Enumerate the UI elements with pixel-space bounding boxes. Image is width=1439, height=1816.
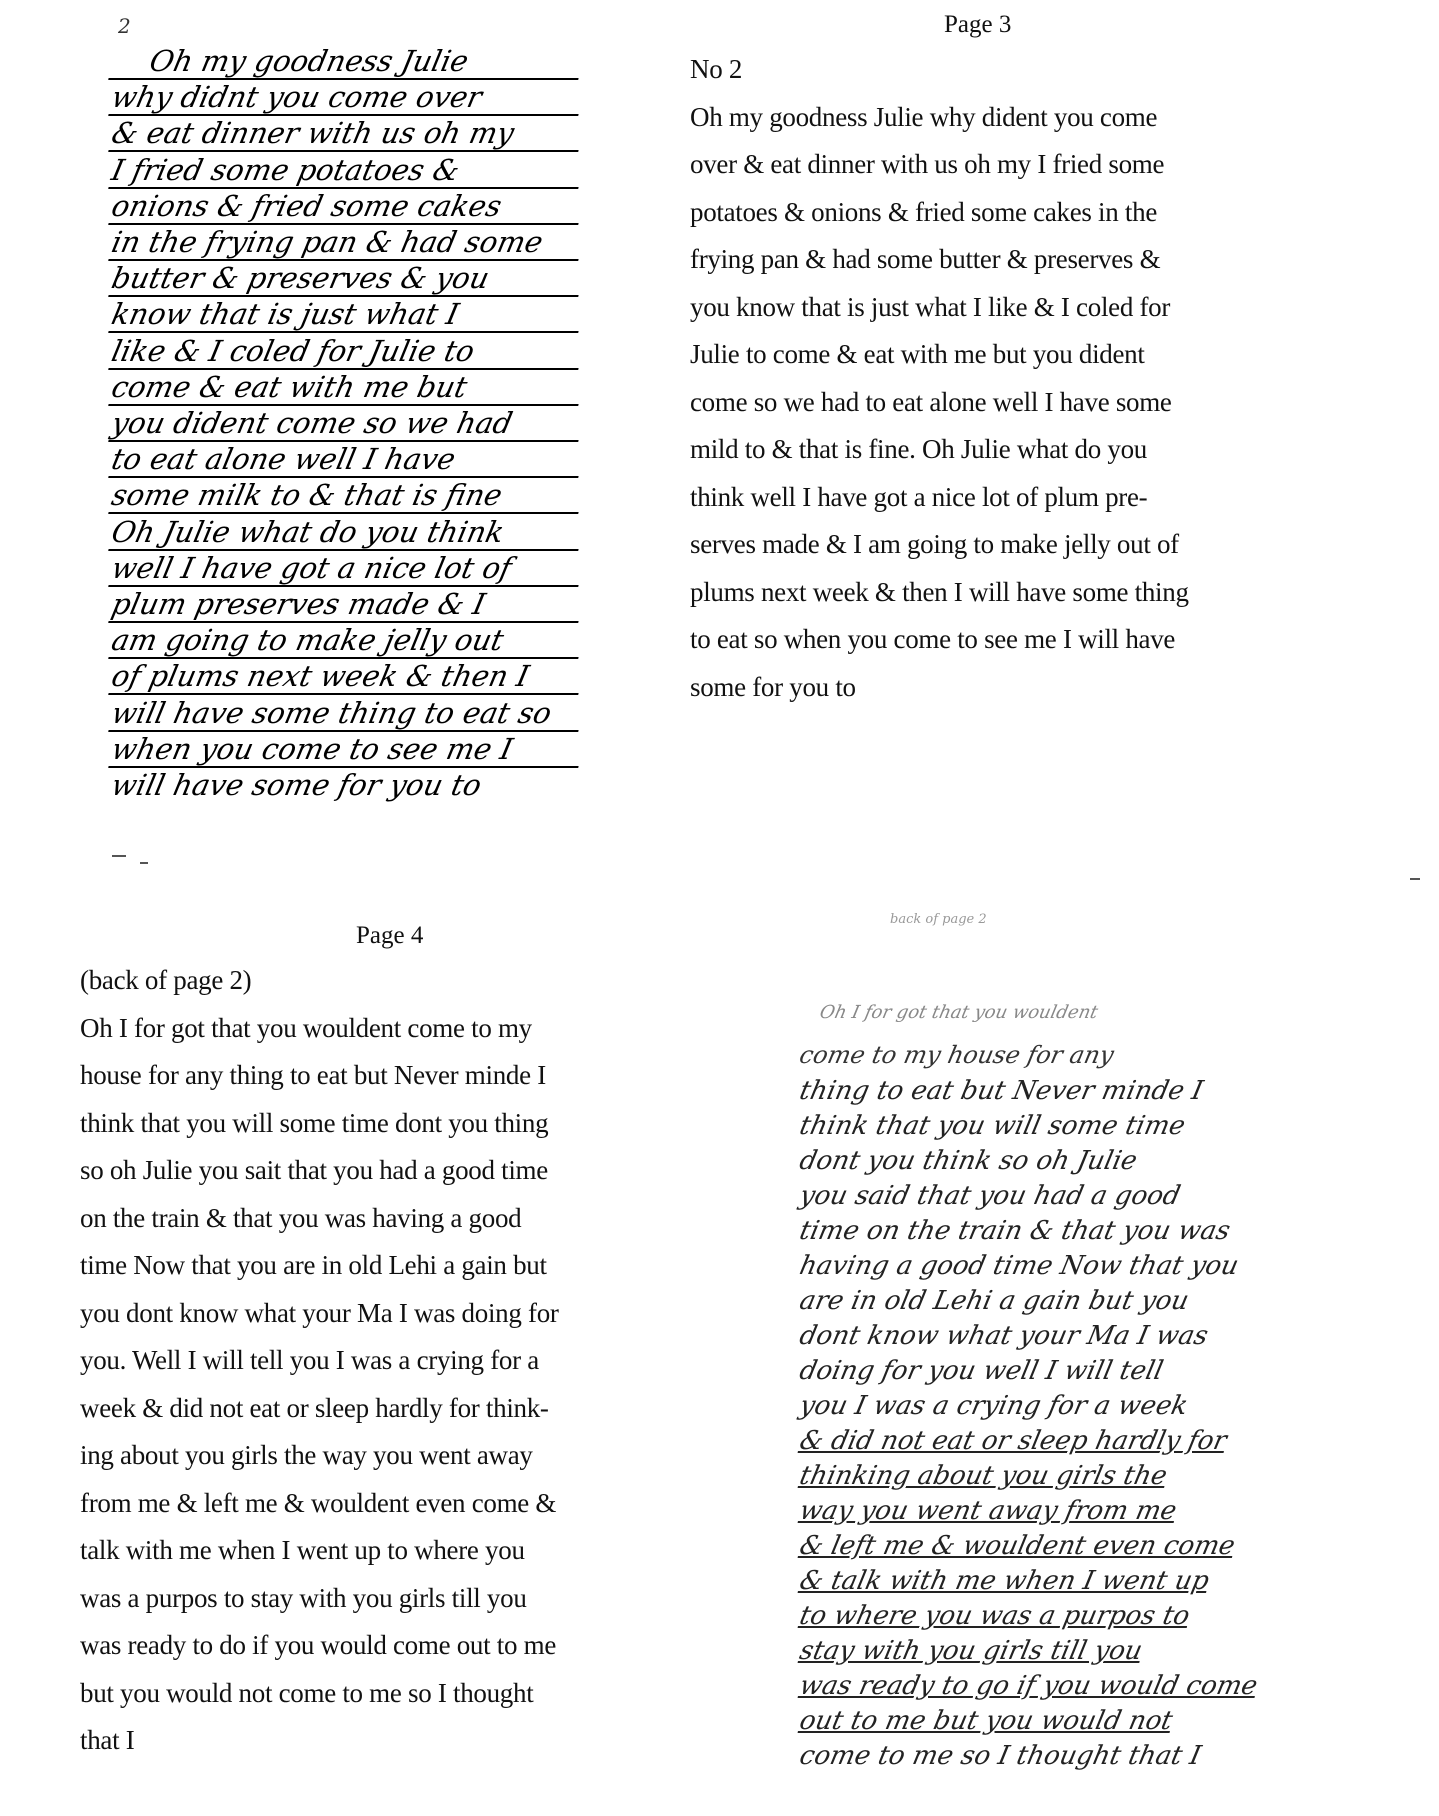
transcription-line: mild to & that is fine. Oh Julie what do… xyxy=(690,426,1189,474)
handwritten-line: & eat dinner with us oh my xyxy=(108,116,586,152)
transcription-line: you dont know what your Ma I was doing f… xyxy=(80,1290,559,1338)
handwritten-line: come & eat with me but xyxy=(108,370,586,406)
handwritten-line: time on the train & that you was xyxy=(796,1214,1303,1249)
handwritten-line: when you come to see me I xyxy=(108,732,586,768)
page-4-transcription: (back of page 2) Oh I for got that you w… xyxy=(80,957,559,1765)
transcription-line: over & eat dinner with us oh my I fried … xyxy=(690,141,1189,189)
handwritten-line: some milk to & that is fine xyxy=(108,478,586,514)
page-4-title: Page 4 xyxy=(356,922,423,950)
handwritten-page-number: 2 xyxy=(118,14,131,38)
handwritten-line: come to my house for any xyxy=(796,1036,1304,1074)
handwritten-line: out to me but you would not xyxy=(796,1704,1303,1739)
handwritten-line: butter & preserves & you xyxy=(108,261,586,297)
handwritten-letter-page2: Oh my goodness Julie why didnt you come … xyxy=(112,44,582,802)
handwritten-line: onions & fried some cakes xyxy=(108,189,586,225)
transcription-line: Oh I for got that you wouldent come to m… xyxy=(80,1005,559,1053)
transcription-line: week & did not eat or sleep hardly for t… xyxy=(80,1385,559,1433)
transcription-line: ing about you girls the way you went awa… xyxy=(80,1432,559,1480)
handwritten-line: in the frying pan & had some xyxy=(108,225,586,261)
handwritten-line: thinking about you girls the xyxy=(796,1459,1303,1494)
scan-speck xyxy=(1410,878,1420,880)
handwritten-line: thing to eat but Never minde I xyxy=(796,1074,1303,1109)
transcription-line: serves made & I am going to make jelly o… xyxy=(690,521,1189,569)
transcription-line: (back of page 2) xyxy=(80,957,559,1005)
handwritten-line: you I was a crying for a week xyxy=(796,1389,1303,1424)
handwritten-line: you said that you had a good xyxy=(796,1179,1303,1214)
transcription-line: Julie to come & eat with me but you dide… xyxy=(690,331,1189,379)
handwritten-line: dont know what your Ma I was xyxy=(796,1319,1303,1354)
page-3-title: Page 3 xyxy=(944,11,1011,39)
handwritten-line: you dident come so we had xyxy=(108,406,586,442)
handwritten-line: will have some for you to xyxy=(108,768,585,802)
handwritten-line: stay with you girls till you xyxy=(796,1634,1303,1669)
handwritten-line: & did not eat or sleep hardly for xyxy=(796,1424,1303,1459)
transcription-line: Oh my goodness Julie why dident you come xyxy=(690,94,1189,142)
handwritten-line: know that is just what I xyxy=(108,297,586,333)
transcription-line: but you would not come to me so I though… xyxy=(80,1670,559,1718)
transcription-line: so oh Julie you sait that you had a good… xyxy=(80,1147,559,1195)
handwritten-line: will have some thing to eat so xyxy=(108,696,586,732)
handwritten-line: doing for you well I will tell xyxy=(796,1354,1303,1389)
handwritten-page-mark: back of page 2 xyxy=(890,912,987,927)
page-3-transcription: No 2 Oh my goodness Julie why dident you… xyxy=(690,46,1189,711)
handwritten-line: to where you was a purpos to xyxy=(796,1599,1303,1634)
transcription-line: think well I have got a nice lot of plum… xyxy=(690,474,1189,522)
transcription-line: from me & left me & wouldent even come & xyxy=(80,1480,559,1528)
handwritten-line: & left me & wouldent even come xyxy=(796,1529,1303,1564)
scan-speck xyxy=(112,855,126,857)
handwritten-line: Oh my goodness Julie xyxy=(108,44,586,80)
transcription-line: think that you will some time dont you t… xyxy=(80,1100,559,1148)
transcription-line: No 2 xyxy=(690,46,1189,94)
handwritten-line: plum preserves made & I xyxy=(108,587,586,623)
handwritten-line: to eat alone well I have xyxy=(108,442,586,478)
handwritten-line: was ready to go if you would come xyxy=(796,1669,1303,1704)
handwritten-line: having a good time Now that you xyxy=(796,1249,1303,1284)
transcription-line: on the train & that you was having a goo… xyxy=(80,1195,559,1243)
transcription-line: you know that is just what I like & I co… xyxy=(690,284,1189,332)
transcription-line: talk with me when I went up to where you xyxy=(80,1527,559,1575)
handwritten-letter-back-page2: Oh I for got that you wouldent come to m… xyxy=(800,990,1300,1774)
handwritten-line: Oh I for got that you wouldent xyxy=(795,990,1305,1036)
transcription-line: time Now that you are in old Lehi a gain… xyxy=(80,1242,559,1290)
handwritten-line: think that you will some time xyxy=(796,1109,1303,1144)
handwritten-line: why didnt you come over xyxy=(108,80,586,116)
transcription-line: that I xyxy=(80,1717,559,1765)
transcription-line: come so we had to eat alone well I have … xyxy=(690,379,1189,427)
transcription-line: you. Well I will tell you I was a crying… xyxy=(80,1337,559,1385)
transcription-line: to eat so when you come to see me I will… xyxy=(690,616,1189,664)
handwritten-line: come to me so I thought that I xyxy=(796,1739,1303,1774)
handwritten-line: of plums next week & then I xyxy=(108,659,586,695)
handwritten-line: I fried some potatoes & xyxy=(108,153,586,189)
handwritten-line: way you went away from me xyxy=(796,1494,1303,1529)
transcription-line: was a purpos to stay with you girls till… xyxy=(80,1575,559,1623)
transcription-line: some for you to xyxy=(690,664,1189,712)
handwritten-line: & talk with me when I went up xyxy=(796,1564,1303,1599)
transcription-line: house for any thing to eat but Never min… xyxy=(80,1052,559,1100)
scan-speck xyxy=(140,862,148,864)
transcription-line: potatoes & onions & fried some cakes in … xyxy=(690,189,1189,237)
handwritten-line: am going to make jelly out xyxy=(108,623,586,659)
handwritten-line: dont you think so oh Julie xyxy=(796,1144,1303,1179)
handwritten-line: Oh Julie what do you think xyxy=(108,515,586,551)
transcription-line: frying pan & had some butter & preserves… xyxy=(690,236,1189,284)
handwritten-line: are in old Lehi a gain but you xyxy=(796,1284,1303,1319)
transcription-line: plums next week & then I will have some … xyxy=(690,569,1189,617)
handwritten-line: like & I coled for Julie to xyxy=(108,334,586,370)
transcription-line: was ready to do if you would come out to… xyxy=(80,1622,559,1670)
handwritten-line: well I have got a nice lot of xyxy=(108,551,586,587)
